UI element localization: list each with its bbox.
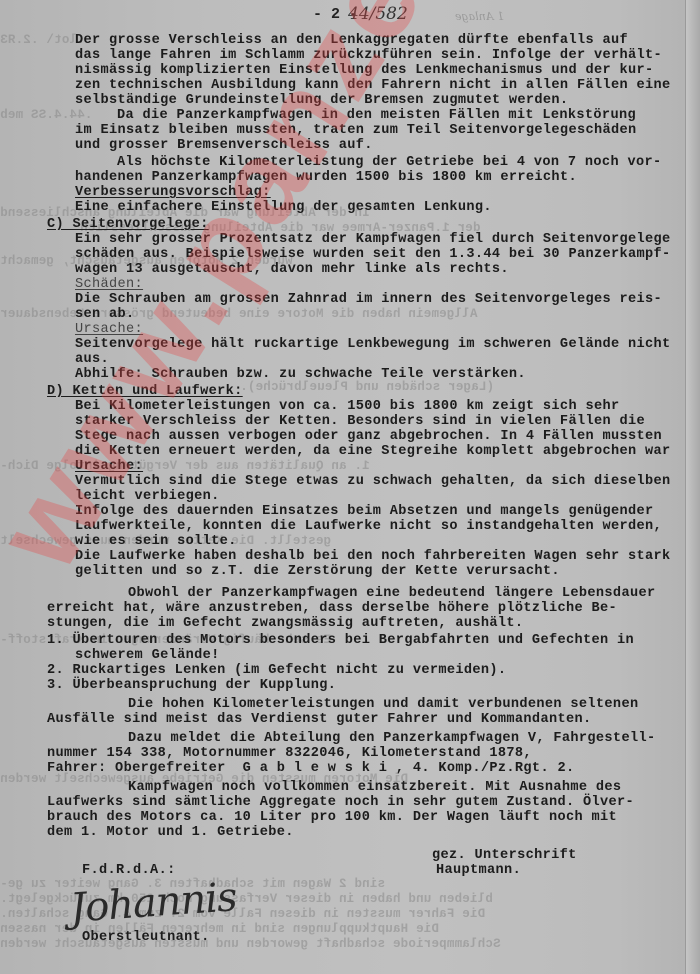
text-line: Stege nach aussen verbogen oder ganz abg… <box>75 429 662 444</box>
bleed-line: Die Hauptkupplungen sind in mehreren Fäl… <box>0 922 439 936</box>
text-line: zen technischen Ausbildung kann den Fahr… <box>75 78 671 93</box>
text-line: Obwohl der Panzerkampfwagen eine bedeute… <box>128 586 655 601</box>
text-line: nummer 154 338, Motornummer 8322046, Kil… <box>47 746 532 761</box>
text-line: Dazu meldet die Abteilung den Panzerkamp… <box>128 731 655 746</box>
text-line: dem 1. Motor und 1. Getriebe. <box>47 825 294 840</box>
text-line: brauch des Motors ca. 10 Liter pro 100 k… <box>47 810 617 825</box>
text-line: leicht verbiegen. <box>75 489 220 504</box>
handwritten-reference: 44/582 <box>348 4 408 24</box>
bleed-line: Schlammperiode schadhaft geworden und mu… <box>0 937 501 951</box>
text-line: Der grosse Verschleiss an den Lenkaggreg… <box>75 33 628 48</box>
text-line: und grosser Bremsenverschleiss auf. <box>75 138 373 153</box>
text-line: Die hohen Kilometerleistungen und damit … <box>128 697 638 712</box>
text-line: C) Seitenvorgelege: <box>47 217 209 232</box>
text-line: 2. Ruckartiges Lenken (im Gefecht nicht … <box>47 663 506 678</box>
page-edge <box>685 0 700 974</box>
text-line: im Einsatz bleiben mussten, traten zum T… <box>75 123 637 138</box>
text-line: Seitenvorgelege hält ruckartige Lenkbewe… <box>75 337 671 352</box>
text-line: gelitten und so z.T. die Zerstörung der … <box>75 564 560 579</box>
bleed-line: 1. an Qualitäten aus der Vergütung infol… <box>0 459 370 473</box>
text-line: stungen, die im Gefecht zwangsmässig auf… <box>47 616 523 631</box>
text-line: Infolge des dauernden Einsatzes beim Abs… <box>75 504 654 519</box>
text-line: F.d.R.d.A.: <box>82 863 176 878</box>
text-line: Laufwerkteile, konnten die Laufwerke nic… <box>75 519 662 534</box>
text-line: Als höchste Kilometerleistung der Getrie… <box>117 155 661 170</box>
text-line: Ursache: <box>75 322 143 337</box>
text-line: handenen Panzerkampfwagen wurden 1500 bi… <box>75 170 577 185</box>
text-line: Verbesserungsvorschlag: <box>75 185 271 200</box>
bleed-line: .lot\ .2.ЯЗ <box>0 33 85 47</box>
text-line: sen ab. <box>75 307 135 322</box>
document-page: .lot\ .2.ЯЗ.44.4.SS mebIn der Abteilung … <box>0 0 700 974</box>
text-line: nismässig komplizierten Einstellung des … <box>75 63 654 78</box>
text-line: Ausfälle sind meist das Verdienst guter … <box>47 712 591 727</box>
text-line: wie es sein sollte. <box>75 534 237 549</box>
bleed-line: (Lager schäden und Pleuelbrüche). <box>240 380 494 394</box>
text-line: D) Ketten und Laufwerk: <box>47 384 243 399</box>
text-line: wagen 13 ausgetauscht, davon mehr linke … <box>75 262 509 277</box>
text-line: Die Laufwerke haben deshalb bei den noch… <box>75 549 671 564</box>
faint-stamp: 1 Anlage <box>455 10 504 23</box>
text-line: Bei Kilometerleistungen von ca. 1500 bis… <box>75 399 619 414</box>
text-line: Vermutlich sind die Stege etwas zu schwa… <box>75 474 671 489</box>
text-line: 1. Übertouren des Motors besonders bei B… <box>47 633 634 648</box>
text-line: Ursache: <box>75 459 143 474</box>
text-line: schwerem Gelände! <box>75 648 220 663</box>
text-line: Kampfwagen noch vollkommen einsatzbereit… <box>128 780 621 795</box>
text-line: Da die Panzerkampfwagen in den meisten F… <box>117 108 636 123</box>
text-line: selbständige Grundeinstellung der Bremse… <box>75 93 568 108</box>
text-line: erreicht hat, wäre anzustreben, dass der… <box>47 601 617 616</box>
text-line: starker Verschleiss der Ketten. Besonder… <box>75 414 645 429</box>
text-line: Die Schrauben am grossen Zahnrad im inne… <box>75 292 662 307</box>
text-line: 3. Überbeanspruchung der Kupplung. <box>47 678 336 693</box>
text-line: Ein sehr grosser Prozentsatz der Kampfwa… <box>75 232 671 247</box>
bleed-line: .44.4.SS meb <box>0 108 92 122</box>
bleed-line: Allgemein haben die Motore eine bedeuten… <box>0 307 477 321</box>
text-line: aus. <box>75 352 109 367</box>
text-line: Eine einfachere Einstellung der gesamten… <box>75 200 492 215</box>
text-line: gez. Unterschrift <box>432 848 577 863</box>
text-line: Laufwerks sind sämtliche Aggregate noch … <box>47 795 634 810</box>
text-line: Hauptmann. <box>436 863 521 878</box>
text-line: Schäden: <box>75 277 143 292</box>
text-line: die Ketten erneuert werden, da eine Steg… <box>75 444 671 459</box>
text-line: Oberstleutnant. <box>82 930 210 945</box>
text-line: das lange Fahren im Schlamm zurückzuführ… <box>75 48 662 63</box>
text-line: Fahrer: Obergefreiter G a b l e w s k i … <box>47 761 574 776</box>
text-line: schäden aus. Beispielsweise wurden seit … <box>75 247 671 262</box>
text-line: Abhilfe: Schrauben bzw. zu schwache Teil… <box>75 367 526 382</box>
